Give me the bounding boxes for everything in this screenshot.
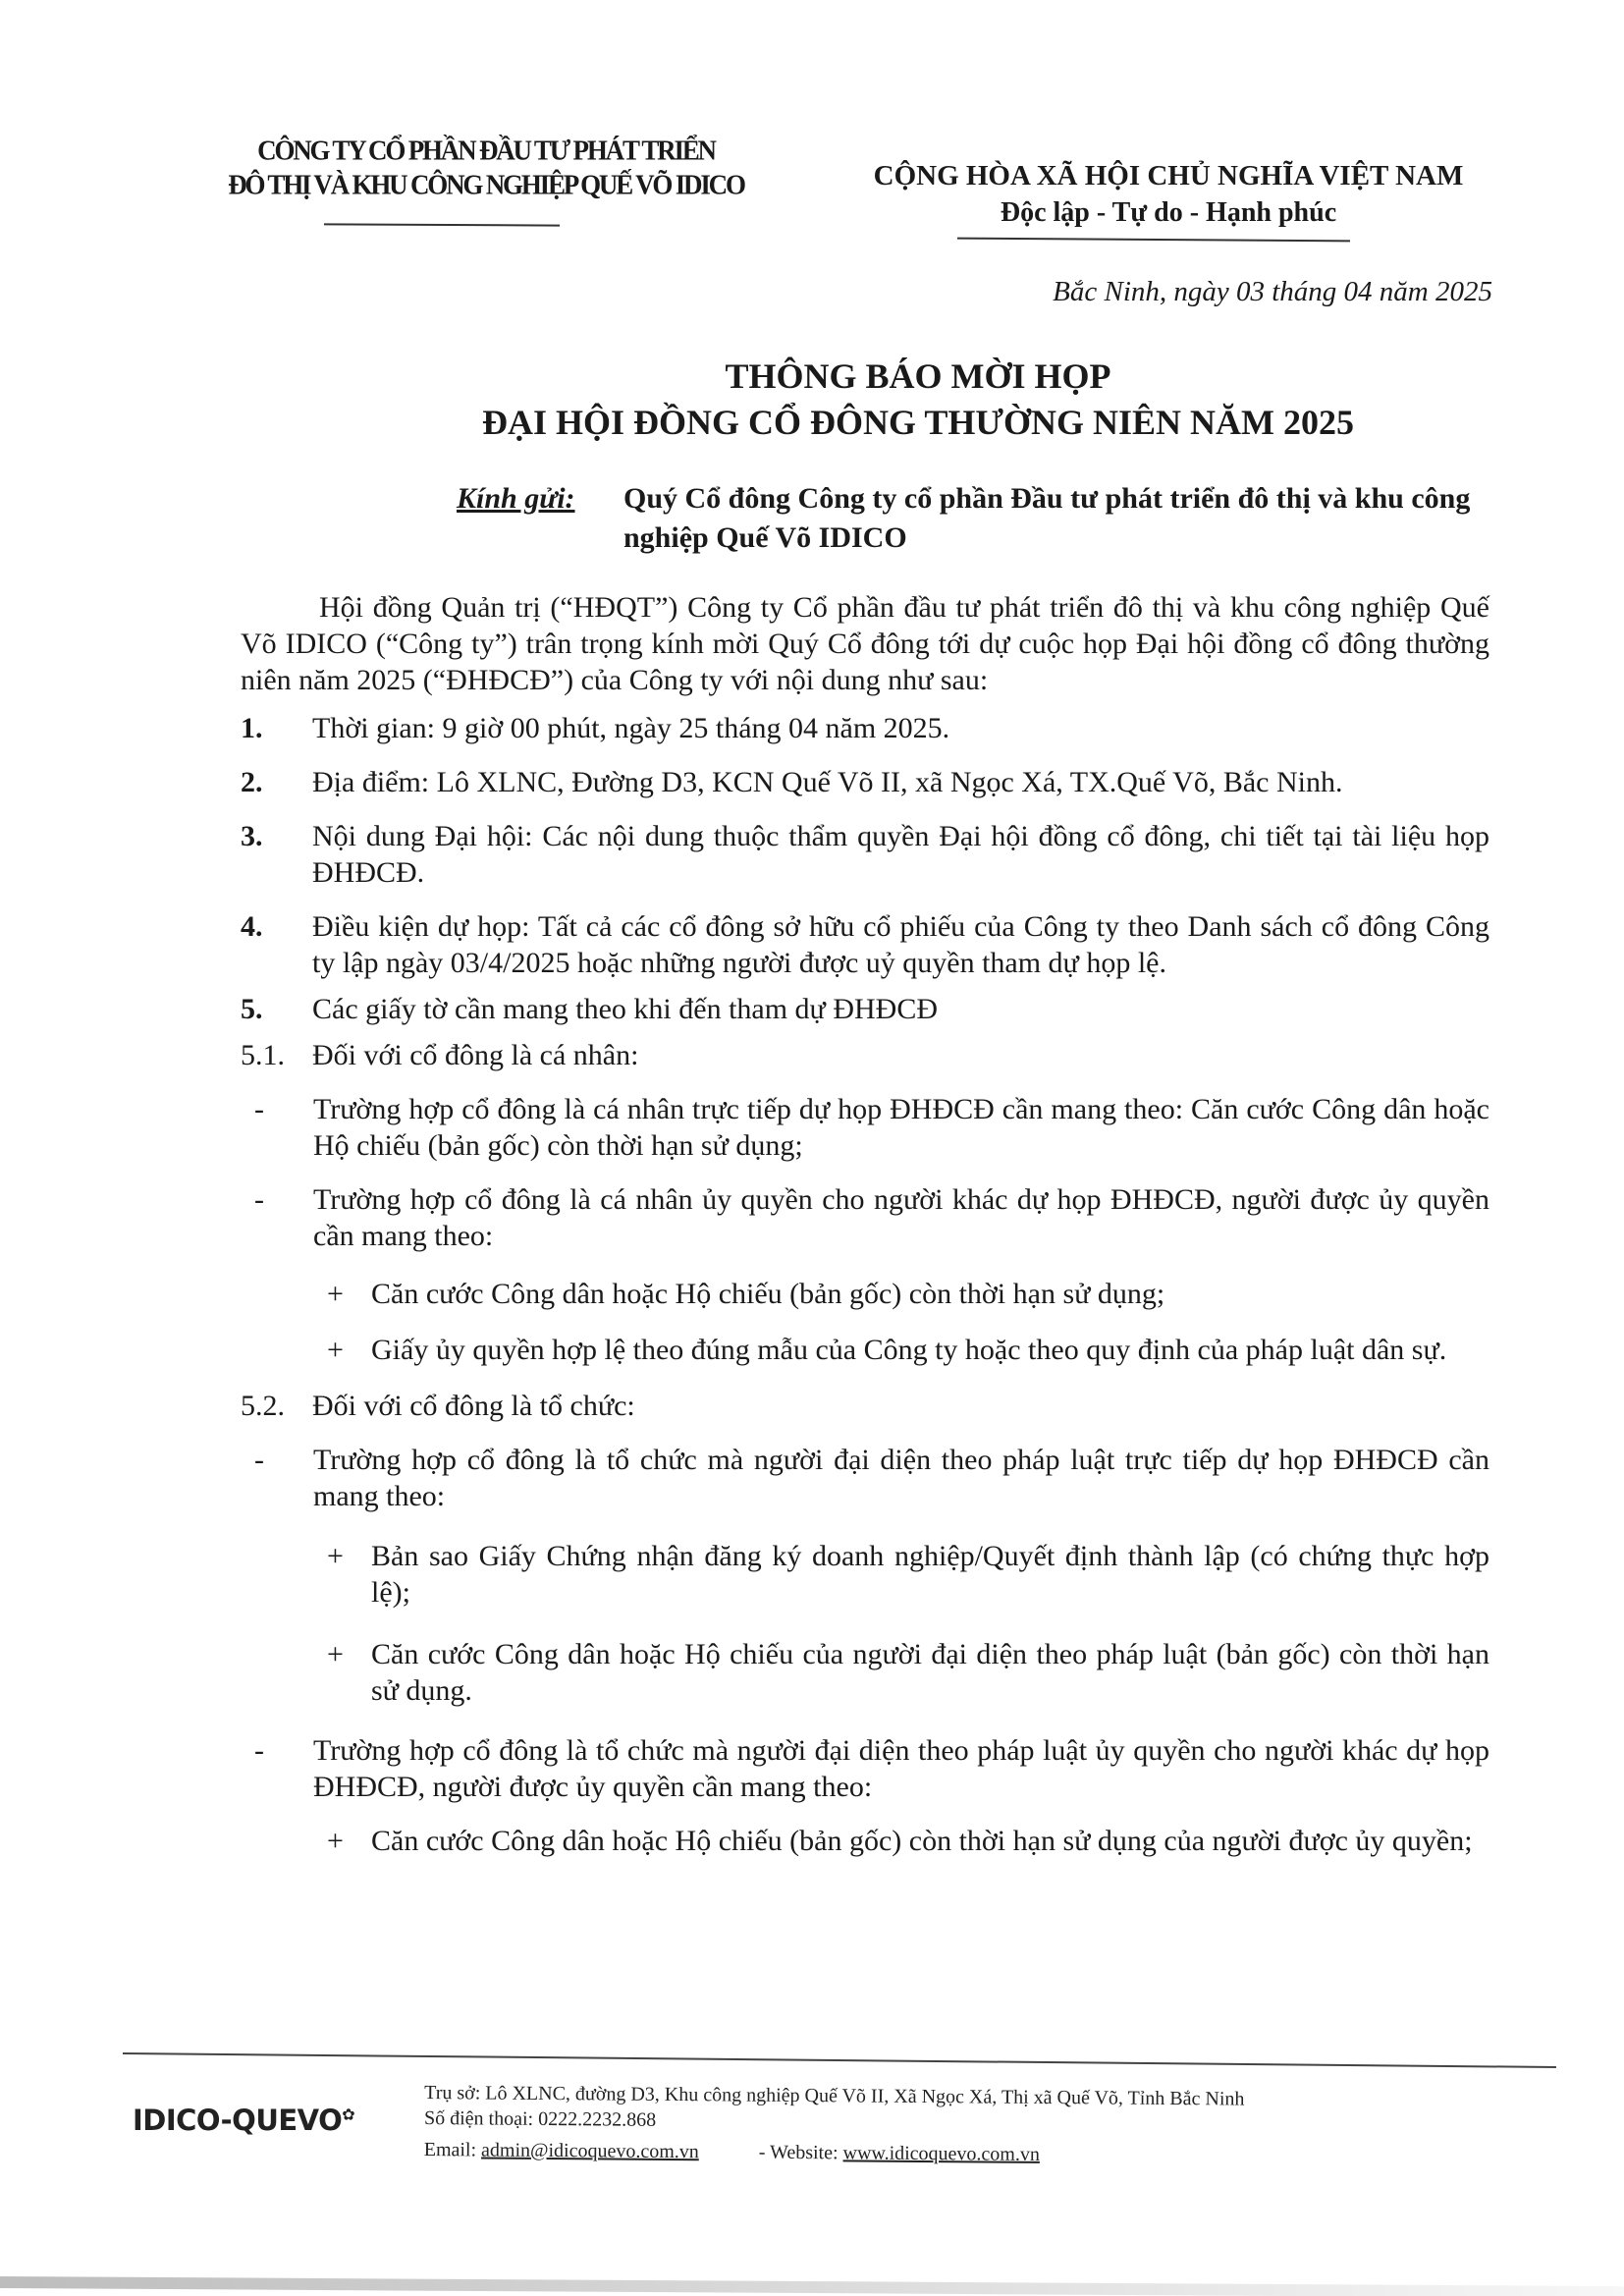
section-number: 5.2. [241, 1388, 285, 1424]
email-link[interactable]: admin@idicoquevo.com.vn [481, 2139, 699, 2162]
dash-item: - Trường hợp cổ đông là cá nhân trực tiế… [254, 1091, 1489, 1164]
title-line2: ĐẠI HỘI ĐỒNG CỔ ĐÔNG THƯỜNG NIÊN NĂM 202… [353, 400, 1483, 446]
item-text: Nội dung Đại hội: Các nội dung thuộc thẩ… [312, 820, 1489, 889]
title-line1: THÔNG BÁO MỜI HỌP [353, 354, 1483, 400]
item-text: Địa điểm: Lô XLNC, Đường D3, KCN Quế Võ … [312, 766, 1342, 798]
section-heading: Đối với cổ đông là cá nhân: [312, 1039, 638, 1071]
section-number: 5.1. [241, 1037, 285, 1073]
company-name-line1: CÔNG TY CỔ PHẦN ĐẦU TƯ PHÁT TRIỂN [191, 134, 781, 168]
footer-links: Email: admin@idicoquevo.com.vn - Website… [424, 2137, 1244, 2169]
section-5-2-heading: 5.2. Đối với cổ đông là tổ chức: [241, 1388, 1489, 1424]
plus-item: + Bản sao Giấy Chứng nhận đăng ký doanh … [327, 1538, 1489, 1611]
plus-text: Căn cước Công dân hoặc Hộ chiếu của ngườ… [371, 1638, 1489, 1707]
document-date: Bắc Ninh, ngày 03 tháng 04 năm 2025 [982, 276, 1492, 308]
document-title: THÔNG BÁO MỜI HỌP ĐẠI HỘI ĐỒNG CỔ ĐÔNG T… [353, 354, 1483, 446]
plus-item: + Căn cước Công dân hoặc Hộ chiếu (bản g… [327, 1823, 1489, 1859]
plus-bullet-icon: + [327, 1332, 344, 1368]
company-logo: IDICO-QUEVO✿ [133, 2104, 354, 2137]
dash-item: - Trường hợp cổ đông là tổ chức mà người… [254, 1442, 1489, 1514]
addressee-label: Kính gửi: [457, 479, 575, 519]
footer-divider [123, 2052, 1556, 2068]
item-number: 5. [241, 991, 263, 1027]
section-heading: Đối với cổ đông là tổ chức: [312, 1390, 635, 1422]
website-label: - Website: [759, 2142, 843, 2164]
plus-text: Căn cước Công dân hoặc Hộ chiếu (bản gốc… [371, 1825, 1473, 1857]
addressee-text: Quý Cổ đông Công ty cổ phần Đầu tư phát … [623, 479, 1497, 558]
plus-item: + Giấy ủy quyền hợp lệ theo đúng mẫu của… [327, 1332, 1489, 1368]
section-5-1-heading: 5.1. Đối với cổ đông là cá nhân: [241, 1037, 1489, 1073]
item-text: Các giấy tờ cần mang theo khi đến tham d… [312, 993, 938, 1025]
addressee: Kính gửi: Quý Cổ đông Công ty cổ phần Đầ… [457, 479, 1497, 558]
dash-bullet-icon: - [254, 1181, 264, 1218]
national-header: CỘNG HÒA XÃ HỘI CHỦ NGHĨA VIỆT NAM Độc l… [844, 157, 1492, 232]
dash-text: Trường hợp cổ đông là tổ chức mà người đ… [313, 1444, 1489, 1512]
item-number: 4. [241, 908, 263, 945]
plus-bullet-icon: + [327, 1636, 344, 1672]
logo-flower-icon: ✿ [342, 2105, 354, 2123]
dash-text: Trường hợp cổ đông là tổ chức mà người đ… [313, 1734, 1489, 1803]
plus-item: + Căn cước Công dân hoặc Hộ chiếu của ng… [327, 1636, 1489, 1709]
list-item: 1. Thời gian: 9 giờ 00 phút, ngày 25 thá… [241, 710, 1489, 746]
website-link[interactable]: www.idicoquevo.com.vn [843, 2142, 1041, 2165]
dash-bullet-icon: - [254, 1442, 264, 1478]
dash-item: - Trường hợp cổ đông là cá nhân ủy quyền… [254, 1181, 1489, 1254]
logo-text: IDICO-QUEVO [133, 2104, 342, 2137]
item-number: 2. [241, 764, 263, 800]
plus-text: Căn cước Công dân hoặc Hộ chiếu (bản gốc… [371, 1278, 1164, 1310]
company-name-line2: ĐÔ THỊ VÀ KHU CÔNG NGHIỆP QUẾ VÕ IDICO [191, 168, 781, 202]
footer-contact: Trụ sở: Lô XLNC, đường D3, Khu công nghi… [424, 2080, 1245, 2169]
dash-text: Trường hợp cổ đông là cá nhân ủy quyền c… [313, 1183, 1489, 1252]
plus-item: + Căn cước Công dân hoặc Hộ chiếu (bản g… [327, 1276, 1489, 1312]
company-divider [324, 223, 560, 226]
intro-paragraph: Hội đồng Quản trị (“HĐQT”) Công ty Cổ ph… [241, 589, 1489, 698]
plus-text: Bản sao Giấy Chứng nhận đăng ký doanh ng… [371, 1540, 1489, 1609]
list-item: 3. Nội dung Đại hội: Các nội dung thuộc … [241, 818, 1489, 891]
item-number: 1. [241, 710, 263, 746]
plus-bullet-icon: + [327, 1538, 344, 1574]
email-label: Email: [424, 2139, 481, 2160]
item-number: 3. [241, 818, 263, 854]
scan-edge-shadow [0, 2276, 1624, 2296]
plus-bullet-icon: + [327, 1823, 344, 1859]
nation-motto: Độc lập - Tự do - Hạnh phúc [844, 194, 1492, 232]
list-item: 4. Điều kiện dự họp: Tất cả các cổ đông … [241, 908, 1489, 981]
plus-text: Giấy ủy quyền hợp lệ theo đúng mẫu của C… [371, 1334, 1446, 1366]
list-item: 2. Địa điểm: Lô XLNC, Đường D3, KCN Quế … [241, 764, 1489, 800]
dash-bullet-icon: - [254, 1732, 264, 1769]
dash-item: - Trường hợp cổ đông là tổ chức mà người… [254, 1732, 1489, 1805]
dash-text: Trường hợp cổ đông là cá nhân trực tiếp … [313, 1093, 1489, 1162]
nation-title: CỘNG HÒA XÃ HỘI CHỦ NGHĨA VIỆT NAM [844, 157, 1492, 194]
document-body: Hội đồng Quản trị (“HĐQT”) Công ty Cổ ph… [241, 589, 1489, 1879]
company-name: CÔNG TY CỔ PHẦN ĐẦU TƯ PHÁT TRIỂN ĐÔ THỊ… [191, 134, 781, 201]
item-text: Thời gian: 9 giờ 00 phút, ngày 25 tháng … [312, 712, 949, 744]
plus-bullet-icon: + [327, 1276, 344, 1312]
dash-bullet-icon: - [254, 1091, 264, 1127]
motto-divider [957, 238, 1350, 243]
list-item: 5. Các giấy tờ cần mang theo khi đến tha… [241, 991, 1489, 1027]
item-text: Điều kiện dự họp: Tất cả các cổ đông sở … [312, 910, 1489, 979]
